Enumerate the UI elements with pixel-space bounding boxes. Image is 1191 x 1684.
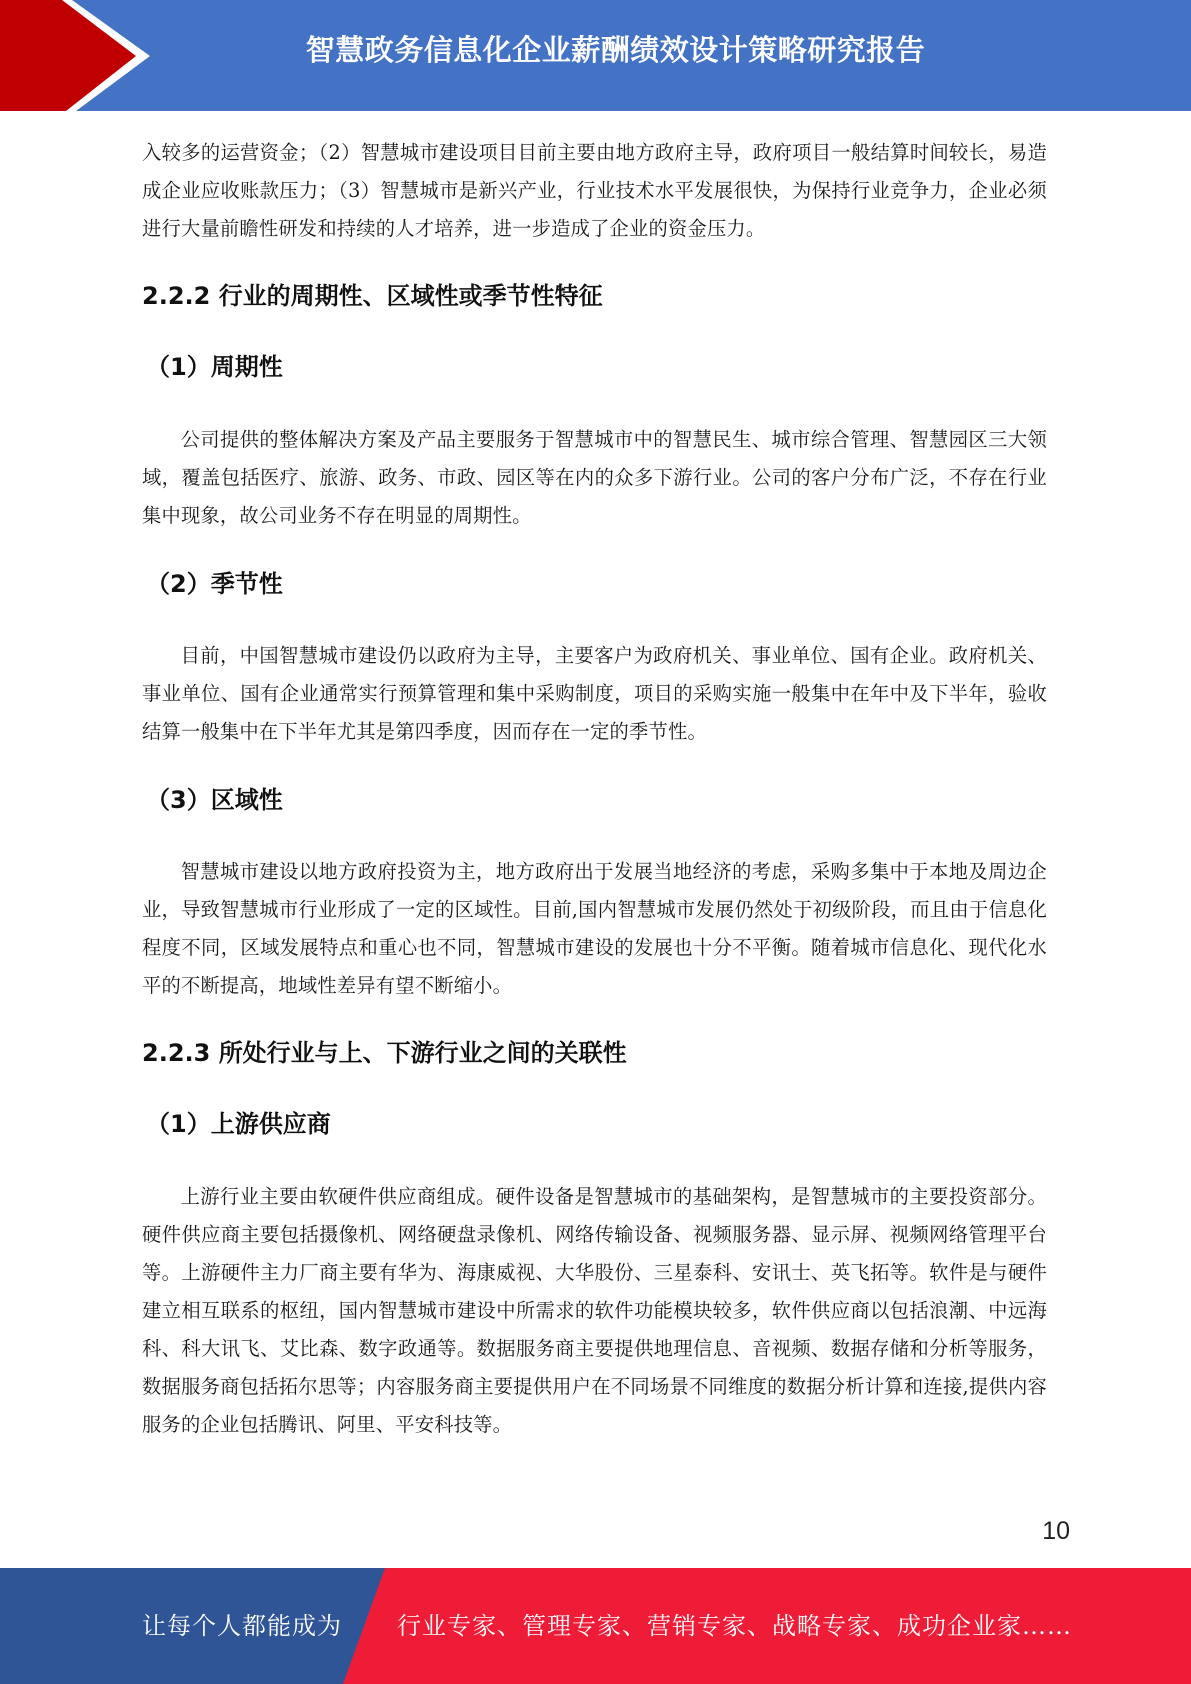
report-title: 智慧政务信息化企业薪酬绩效设计策略研究报告 (210, 22, 1021, 78)
page-header: 智慧政务信息化企业薪酬绩效设计策略研究报告 (0, 0, 1191, 111)
section-heading-2-2-3: 2.2.3 所处行业与上、下游行业之间的关联性 (142, 1035, 627, 1071)
section-heading-2-2-2: 2.2.2 行业的周期性、区域性或季节性特征 (142, 278, 603, 314)
paragraph-seasonality: 目前，中国智慧城市建设仍以政府为主导，主要客户为政府机关、事业单位、国有企业。政… (142, 637, 1047, 751)
page-footer-banner: 让每个人都能成为 行业专家、管理专家、营销专家、战略专家、成功企业家…… (0, 1568, 1191, 1684)
footer-slogan-left: 让每个人都能成为 (142, 1568, 342, 1684)
subsection-heading-regionality: （3）区域性 (146, 782, 283, 818)
paragraph-cyclicality: 公司提供的整体解决方案及产品主要服务于智慧城市中的智慧民生、城市综合管理、智慧园… (142, 421, 1047, 535)
footer-slogan-right: 行业专家、管理专家、营销专家、战略专家、成功企业家…… (397, 1568, 1072, 1684)
subsection-heading-cyclicality: （1）周期性 (146, 349, 283, 385)
intro-paragraph: 入较多的运营资金；（2）智慧城市建设项目目前主要由地方政府主导，政府项目一般结算… (142, 134, 1047, 248)
page-number: 10 (1010, 1517, 1070, 1546)
subsection-heading-upstream-suppliers: （1）上游供应商 (146, 1106, 331, 1142)
subsection-heading-seasonality: （2）季节性 (146, 566, 283, 602)
paragraph-upstream-suppliers: 上游行业主要由软硬件供应商组成。硬件设备是智慧城市的基础架构，是智慧城市的主要投… (142, 1178, 1047, 1444)
paragraph-regionality: 智慧城市建设以地方政府投资为主，地方政府出于发展当地经济的考虑，采购多集中于本地… (142, 853, 1047, 1005)
